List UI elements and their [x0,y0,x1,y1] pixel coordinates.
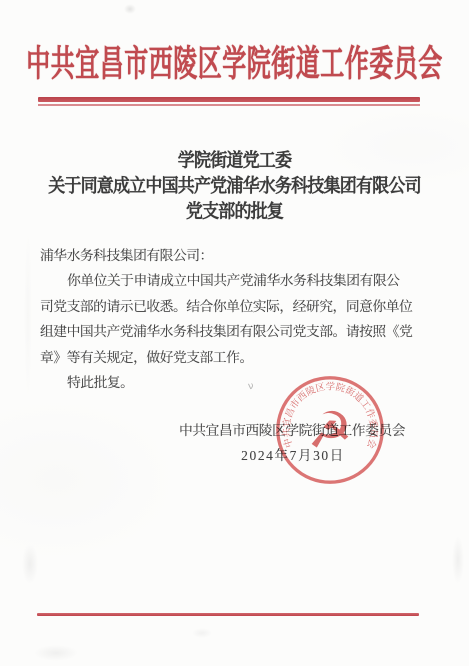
scan-smudge [22,544,38,584]
title-line-doctype: 党支部的批复 [0,199,469,224]
scan-smudge [34,645,78,661]
body-line: 组建中国共产党浦华水务科技集团有限公司党支部。请按照《党 [40,319,418,344]
scan-smudge [452,536,464,584]
footer-rule [37,613,419,616]
scan-smudge [124,4,136,14]
body-line: 你单位关于申请成立中国共产党浦华水务科技集团有限公 [40,268,418,293]
letterhead-org-name: 中共宜昌市西陵区学院街道工作委员会 [0,38,469,94]
document-title: 学院街道党工委 关于同意成立中国共产党浦华水务科技集团有限公司 党支部的批复 [0,148,469,224]
body-line: 司党支部的请示已收悉。结合你单位实际，经研究，同意你单位 [40,294,418,319]
letterhead-rule [38,97,420,102]
official-seal: 中共宜昌市西陵区学院街道工作委员会 ☭ [272,372,388,488]
letterhead-rule-thin [38,104,420,106]
scan-tick-artifact: ν [247,381,254,393]
title-line-issuer: 学院街道党工委 [0,148,469,173]
scan-smudge [192,628,212,638]
title-line-subject: 关于同意成立中国共产党浦华水务科技集团有限公司 [0,173,469,198]
recipient-line: 浦华水务科技集团有限公司： [40,243,418,268]
hammer-sickle-icon: ☭ [307,400,352,459]
body-line: 章》等有关规定，做好党支部工作。 [40,345,418,370]
scan-smudge [24,230,32,400]
document-page: 中共宜昌市西陵区学院街道工作委员会 学院街道党工委 关于同意成立中国共产党浦华水… [0,0,469,666]
